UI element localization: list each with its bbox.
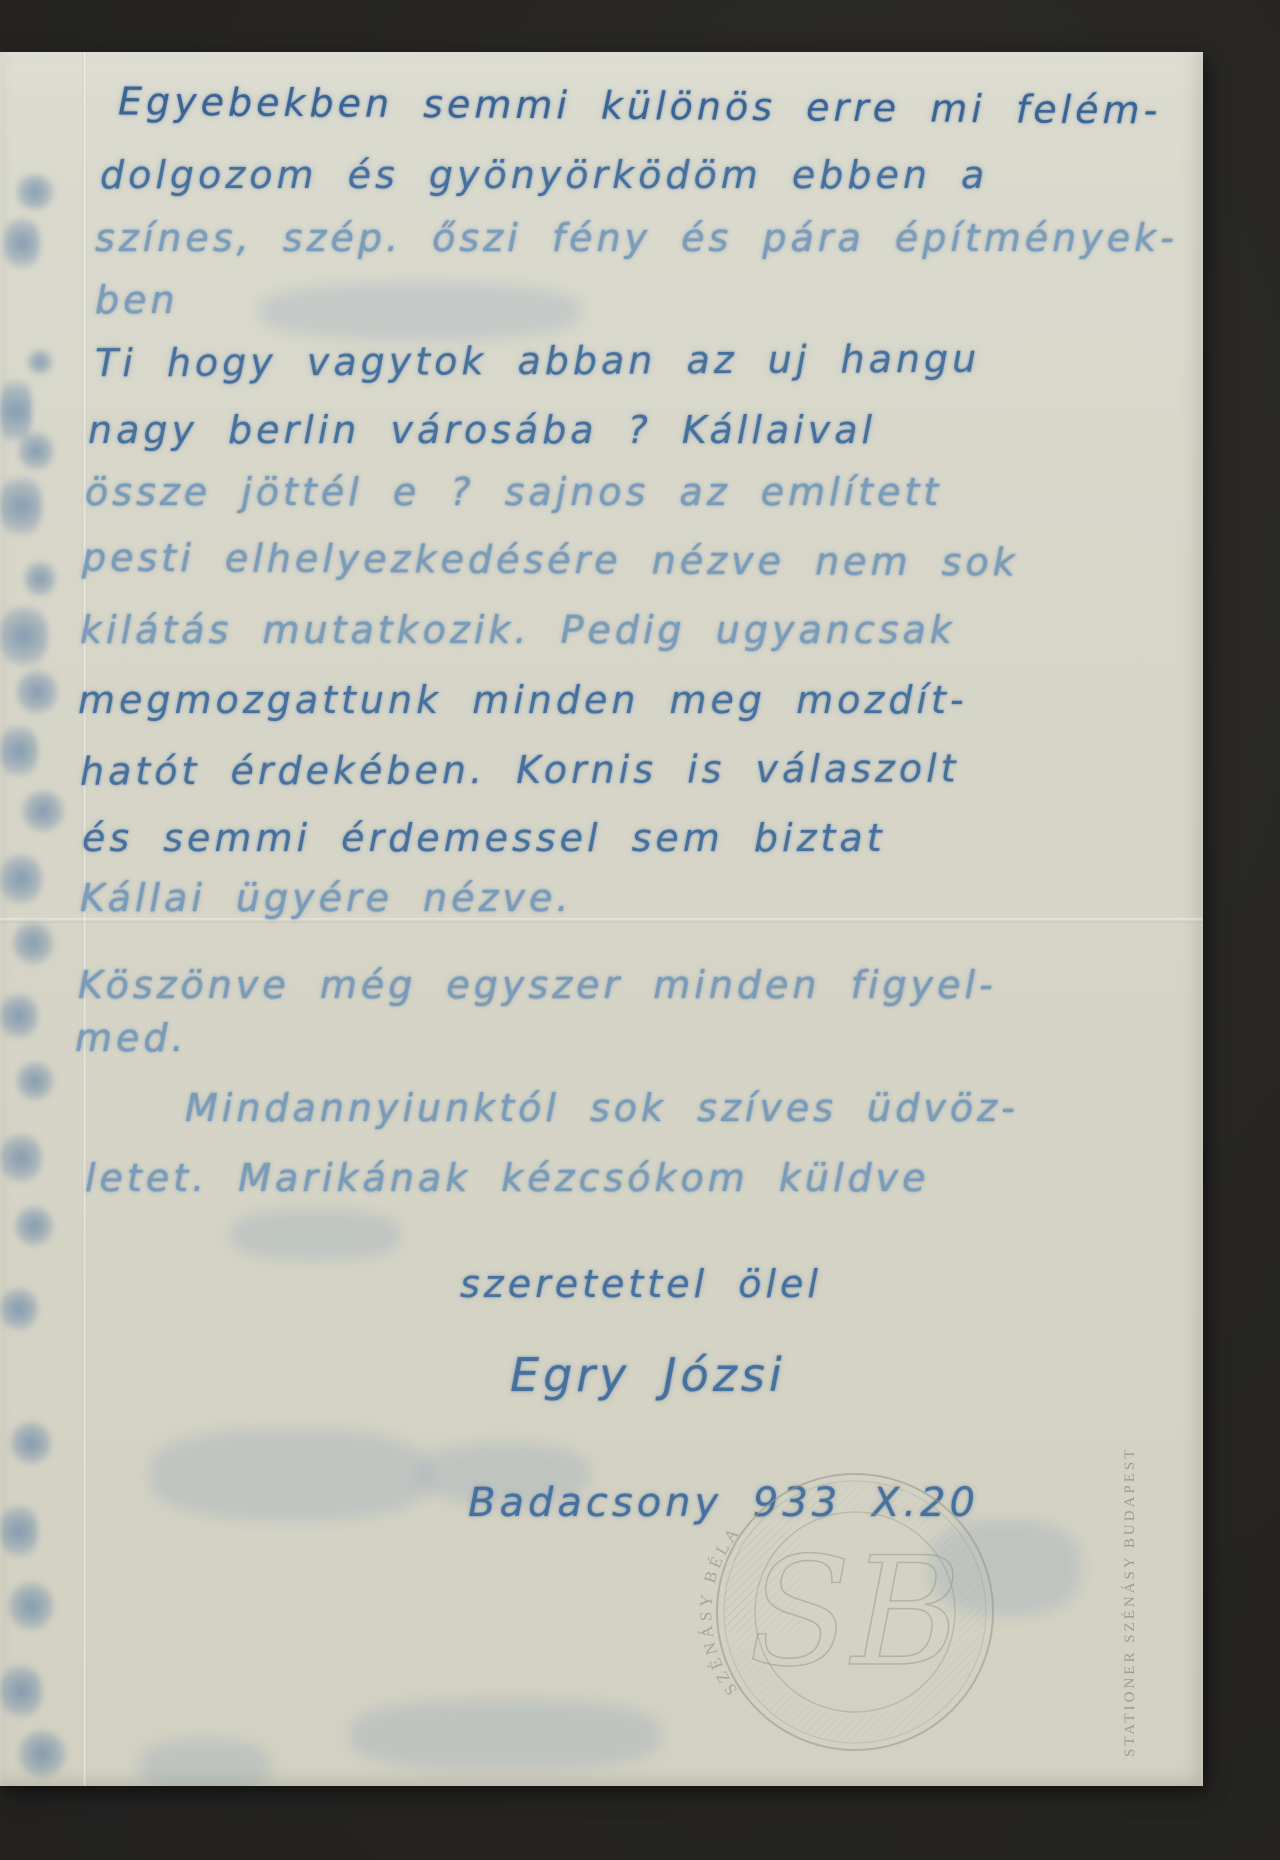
ink-bleedthrough-spot [0,1660,42,1722]
ink-bleedthrough-spot [0,470,42,542]
closing-line: szeretettel ölel [460,1262,822,1306]
handwritten-line: megmozgattunk minden meg mozdít- [78,678,968,722]
ink-bleedthrough-spot [0,990,38,1042]
ink-bleedthrough-spot [0,720,38,782]
ink-bleedthrough-spot [0,850,42,908]
ink-bleedthrough-spot [0,1285,38,1333]
ghost-ink-smudge [140,1740,270,1786]
handwritten-line: össze jöttél e ? sajnos az említett [85,470,942,514]
handwritten-line: Ti hogy vagytok abban az uj hangu [95,337,980,386]
handwritten-line: med. [75,1016,188,1060]
ghost-ink-smudge [350,1700,660,1770]
ink-bleedthrough-spot [0,1130,42,1186]
ink-bleedthrough-spot [0,1500,38,1562]
handwritten-line: és semmi érdemessel sem biztat [82,816,886,860]
handwritten-line: pesti elhelyezkedésére nézve nem sok [82,536,1019,585]
ink-bleedthrough-spot [16,1730,68,1778]
handwritten-line: Köszönve még egyszer minden figyel- [78,963,997,1007]
handwritten-line: ben [95,278,179,322]
embossed-stationer-stamp: SZÉNÁSY BÉLA SB [620,1452,1060,1782]
ink-bleedthrough-spot [14,174,56,210]
ink-bleedthrough-spot [8,1580,54,1632]
scanned-letter-photo: Egyebekben semmi különös erre mi felém- … [0,0,1280,1860]
ghost-ink-smudge [150,1430,430,1520]
ink-bleedthrough-spot [16,1060,54,1102]
handwritten-line: kilátás mutatkozik. Pedig ugyancsak [80,608,956,652]
stationer-edge-text: STATIONER SZÉNÁSY BUDAPEST [1122,1387,1150,1757]
ghost-ink-smudge [260,284,580,339]
ghost-ink-smudge [230,1210,400,1260]
letter-page: Egyebekben semmi különös erre mi felém- … [0,52,1203,1786]
handwritten-line: Egyebekben semmi különös erre mi felém- [118,79,1162,132]
ink-bleedthrough-spot [18,430,54,472]
ink-bleedthrough-spot [20,790,66,832]
handwritten-line: hatót érdekében. Kornis is válaszolt [80,746,960,793]
handwritten-line: dolgozom és gyönyörködöm ebben a [100,153,988,197]
handwritten-line: színes, szép. őszi fény és pára építmény… [95,216,1178,260]
signature: Egry Józsi [510,1348,786,1402]
ink-bleedthrough-spot [0,600,48,672]
ink-bleedthrough-spot [10,1420,52,1466]
ink-bleedthrough-spot [16,668,58,716]
handwritten-line: Kállai ügyére nézve. [80,876,572,920]
ink-bleedthrough-spot [12,920,54,966]
ink-bleedthrough-spot [24,560,56,598]
stamp-monogram: SB [749,1526,962,1700]
ink-bleedthrough-spot [26,350,54,374]
ink-bleedthrough-spot [14,1205,54,1247]
handwritten-line: letet. Marikának kézcsókom küldve [85,1156,930,1200]
ink-bleedthrough-spot [4,212,40,274]
handwritten-line: nagy berlin városába ? Kállaival [88,408,876,452]
handwritten-line: Mindannyiunktól sok szíves üdvöz- [185,1086,1019,1130]
